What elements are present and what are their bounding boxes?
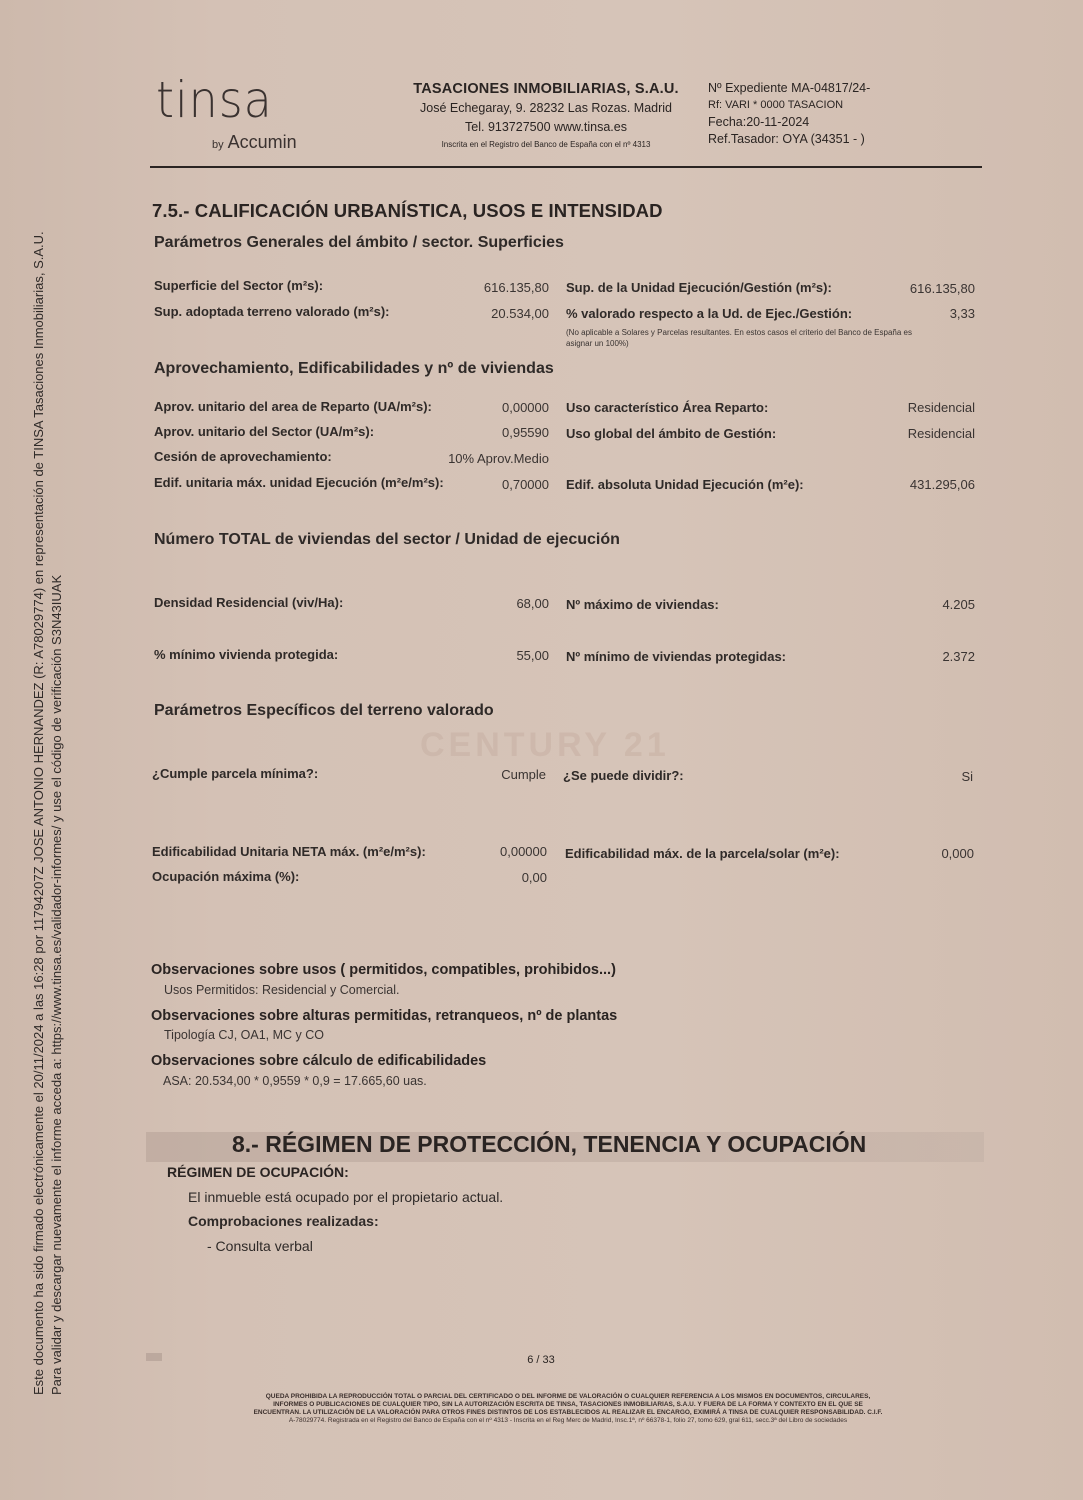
- expediente: Nº Expediente MA-04817/24-: [708, 80, 870, 97]
- company-info: TASACIONES INMOBILIARIAS, S.A.U. José Ec…: [400, 80, 692, 153]
- fecha: Fecha:20-11-2024: [708, 114, 870, 131]
- logo-accumin: Accumin: [228, 132, 297, 152]
- obs-alturas-title: Observaciones sobre alturas permitidas, …: [151, 1008, 617, 1024]
- field-label: Uso global del ámbito de Gestión:: [566, 426, 776, 441]
- obs-usos-text: Usos Permitidos: Residencial y Comercial…: [164, 983, 400, 997]
- tinsa-logo: tinsa by Accumin: [156, 74, 316, 154]
- header-divider: [150, 166, 982, 168]
- section-7-5-title: 7.5.- CALIFICACIÓN URBANÍSTICA, USOS E I…: [152, 200, 663, 222]
- comprobaciones-title: Comprobaciones realizadas:: [188, 1213, 379, 1229]
- field-label: Uso característico Área Reparto:: [566, 400, 768, 415]
- field-label: Edificabilidad Unitaria NETA máx. (m²e/m…: [152, 844, 426, 859]
- field-label: Edificabilidad máx. de la parcela/solar …: [565, 846, 840, 861]
- field-value: Cumple: [420, 767, 546, 782]
- obs-alturas-text: Tipología CJ, OA1, MC y CO: [164, 1028, 324, 1042]
- field-value: 0,95590: [420, 425, 549, 440]
- field-label: Edif. unitaria máx. unidad Ejecución (m²…: [154, 475, 444, 490]
- field-value: 0,00: [420, 870, 547, 885]
- viviendas-title: Número TOTAL de viviendas del sector / U…: [154, 531, 620, 549]
- field-value: 431.295,06: [850, 477, 975, 492]
- company-registry: Inscrita en el Registro del Banco de Esp…: [400, 137, 692, 153]
- stamp-mark: [146, 1353, 162, 1361]
- signature-sidebar: Este documento ha sido firmado electróni…: [30, 135, 66, 1395]
- field-label: Cesión de aprovechamiento:: [154, 449, 332, 464]
- field-label: ¿Se puede dividir?:: [563, 768, 684, 783]
- field-value: 3,33: [850, 306, 975, 321]
- signature-line-2: Para validar y descargar nuevamente el i…: [48, 135, 66, 1395]
- logo-main-text: tinsa: [156, 74, 303, 126]
- field-label: Aprov. unitario del Sector (UA/m²s):: [154, 424, 374, 439]
- field-value: 55,00: [420, 648, 549, 663]
- logo-by: by: [212, 139, 224, 151]
- field-label: % valorado respecto a la Ud. de Ejec./Ge…: [566, 306, 852, 321]
- signature-line-1: Este documento ha sido firmado electróni…: [30, 135, 48, 1395]
- field-value: 616.135,80: [850, 281, 975, 296]
- obs-usos-title: Observaciones sobre usos ( permitidos, c…: [151, 962, 616, 978]
- field-value: Residencial: [850, 400, 975, 415]
- obs-calculo-text: ASA: 20.534,00 * 0,9559 * 0,9 = 17.665,6…: [163, 1074, 427, 1088]
- company-name: TASACIONES INMOBILIARIAS, S.A.U.: [400, 80, 692, 99]
- logo-sub: by Accumin: [212, 132, 297, 153]
- footer-line-2: INFORMES O PUBLICACIONES DE CUALQUIER TI…: [146, 1401, 990, 1409]
- field-label: ¿Cumple parcela mínima?:: [152, 766, 318, 781]
- field-label: Nº máximo de viviendas:: [566, 597, 719, 612]
- field-value: 2.372: [850, 649, 975, 664]
- field-value: Residencial: [850, 426, 975, 441]
- legal-footer: QUEDA PROHIBIDA LA REPRODUCCIÓN TOTAL O …: [146, 1393, 990, 1425]
- ocupacion-text: El inmueble está ocupado por el propieta…: [188, 1189, 503, 1205]
- company-phone-web: Tel. 913727500 www.tinsa.es: [400, 118, 692, 137]
- aprovechamiento-title: Aprovechamiento, Edificabilidades y nº d…: [154, 360, 554, 378]
- field-label: Aprov. unitario del area de Reparto (UA/…: [154, 399, 432, 414]
- footer-line-4: A-78029774. Registrada en el Registro de…: [146, 1417, 990, 1425]
- field-label: Sup. de la Unidad Ejecución/Gestión (m²s…: [566, 280, 832, 295]
- century21-watermark: CENTURY 21: [420, 726, 670, 765]
- obs-calculo-title: Observaciones sobre cálculo de edificabi…: [151, 1053, 486, 1069]
- especificos-title: Parámetros Específicos del terreno valor…: [154, 702, 494, 720]
- field-value: 10% Aprov.Medio: [400, 451, 549, 466]
- section-8-title: 8.- RÉGIMEN DE PROTECCIÓN, TENENCIA Y OC…: [232, 1131, 866, 1158]
- field-value: 0,00000: [420, 400, 549, 415]
- field-value: 0,000: [850, 846, 974, 861]
- field-value: 20.534,00: [420, 306, 549, 321]
- comprobacion-item: - Consulta verbal: [207, 1238, 313, 1254]
- ref-tasador: Ref.Tasador: OYA (34351 - ): [708, 131, 870, 148]
- field-label: Densidad Residencial (viv/Ha):: [154, 595, 343, 610]
- field-value: 68,00: [420, 596, 549, 611]
- field-label: Nº mínimo de viviendas protegidas:: [566, 649, 786, 664]
- regimen-ocupacion-title: RÉGIMEN DE OCUPACIÓN:: [167, 1164, 349, 1180]
- field-label: Sup. adoptada terreno valorado (m²s):: [154, 304, 389, 319]
- field-label: Superficie del Sector (m²s):: [154, 278, 323, 293]
- document-references: Nº Expediente MA-04817/24- Rf: VARI * 00…: [708, 80, 870, 148]
- generales-note: (No aplicable a Solares y Parcelas resul…: [566, 327, 926, 349]
- footer-line-3: ENCUENTRAN. LA UTILIZACIÓN DE LA VALORAC…: [146, 1409, 990, 1417]
- field-label: Edif. absoluta Unidad Ejecución (m²e):: [566, 477, 804, 492]
- field-value: 4.205: [850, 597, 975, 612]
- field-value: 616.135,80: [420, 280, 549, 295]
- field-value: Si: [850, 769, 973, 784]
- field-label: Ocupación máxima (%):: [152, 869, 299, 884]
- footer-line-1: QUEDA PROHIBIDA LA REPRODUCCIÓN TOTAL O …: [146, 1393, 990, 1401]
- generales-title: Parámetros Generales del ámbito / sector…: [154, 234, 564, 252]
- rf-reference: Rf: VARI * 0000 TASACION: [708, 97, 870, 114]
- field-label: % mínimo vivienda protegida:: [154, 647, 338, 662]
- document-page: Este documento ha sido firmado electróni…: [0, 0, 1083, 1500]
- field-value: 0,70000: [420, 477, 549, 492]
- page-number: 6 / 33: [508, 1354, 574, 1366]
- field-value: 0,00000: [420, 844, 547, 859]
- company-address: José Echegaray, 9. 28232 Las Rozas. Madr…: [400, 99, 692, 118]
